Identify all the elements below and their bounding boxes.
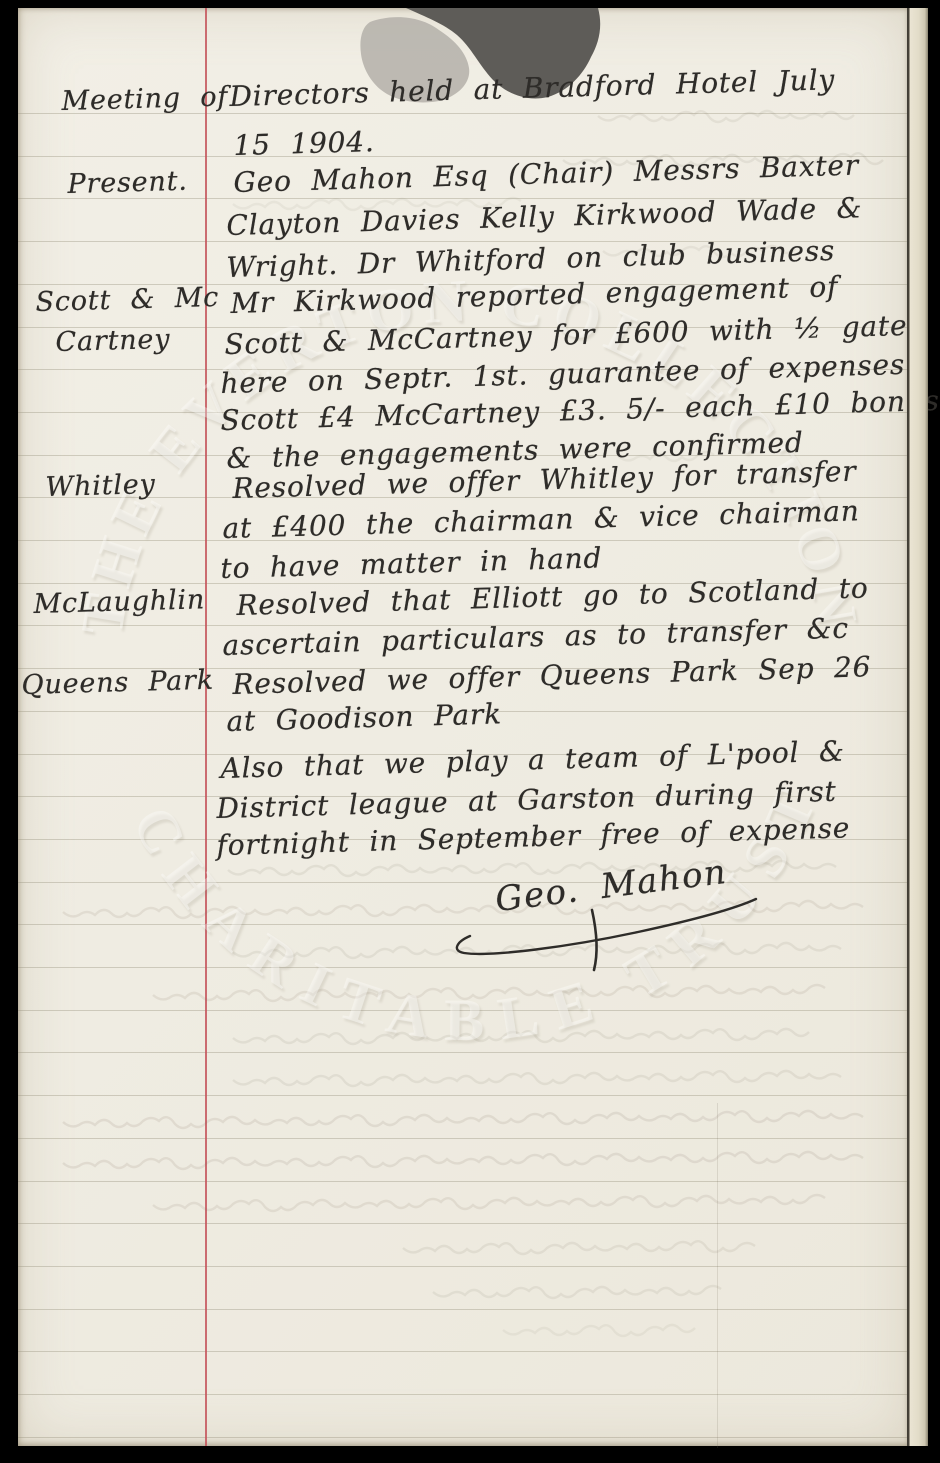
margin-label: Scott & Mc [35,282,219,318]
margin-label: McLaughlin [33,584,205,620]
margin-label: Meeting of [61,81,228,117]
underlying-pages-edge [907,8,928,1446]
margin-label: Present. [67,166,188,200]
photographed-ledger-scene: THE EVERTON COLLECTION CHARITABLE TRUST … [0,0,940,1463]
handwritten-line: 15 1904. [233,125,375,162]
margin-label: Whitley [45,469,156,503]
ledger-page: THE EVERTON COLLECTION CHARITABLE TRUST … [18,8,907,1446]
margin-label: Cartney [55,324,171,358]
margin-label: Queens Park [21,665,214,701]
signature-flourish [446,886,776,976]
